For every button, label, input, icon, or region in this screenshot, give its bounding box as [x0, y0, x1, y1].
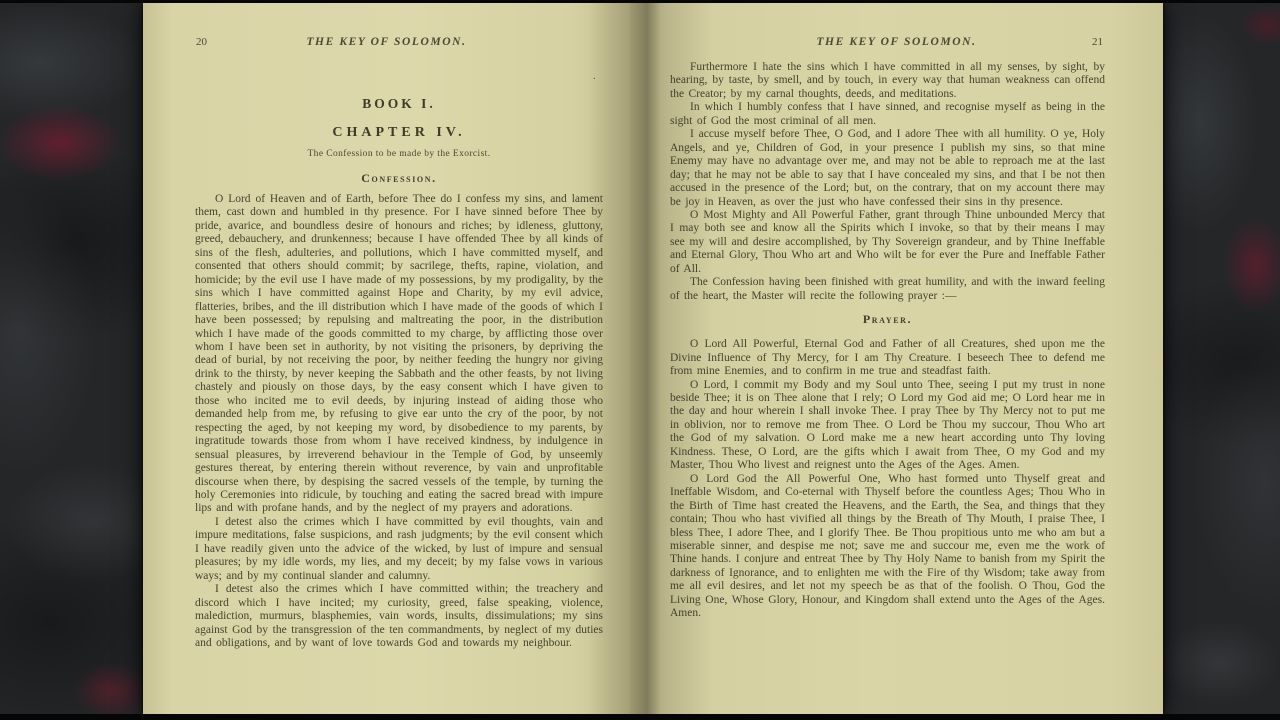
paragraph: O Most Mighty and All Powerful Father, g… — [670, 209, 1105, 276]
right-body-text: Furthermore I hate the sins which I have… — [670, 61, 1105, 303]
chapter-heading: CHAPTER IV. — [195, 125, 603, 141]
running-title-right: THE KEY OF SOLOMON. — [630, 36, 1163, 48]
chapter-subtitle: The Confession to be made by the Exorcis… — [195, 149, 603, 159]
paragraph: O Lord God the All Powerful One, Who has… — [670, 473, 1105, 621]
paragraph: The Confession having been finished with… — [670, 276, 1105, 303]
right-page-content: Furthermore I hate the sins which I have… — [670, 61, 1105, 621]
left-page-number: 20 — [196, 36, 207, 48]
letterbox-top — [0, 0, 1280, 3]
left-body-text: O Lord of Heaven and of Earth, before Th… — [195, 193, 603, 650]
video-frame: 20 THE KEY OF SOLOMON. · BOOK I. CHAPTER… — [0, 0, 1280, 720]
running-title-left: THE KEY OF SOLOMON. — [143, 36, 630, 48]
paragraph: O Lord of Heaven and of Earth, before Th… — [195, 193, 603, 516]
letterbox-bottom — [0, 714, 1280, 720]
paragraph: O Lord, I commit my Body and my Soul unt… — [670, 379, 1105, 473]
right-page-header: THE KEY OF SOLOMON. 21 — [630, 36, 1163, 50]
paragraph: I accuse myself before Thee, O God, and … — [670, 128, 1105, 209]
paragraph: O Lord All Powerful, Eternal God and Fat… — [670, 338, 1105, 378]
book-heading: BOOK I. — [195, 96, 603, 112]
left-page-header: 20 THE KEY OF SOLOMON. · — [143, 36, 630, 50]
marbled-background: 20 THE KEY OF SOLOMON. · BOOK I. CHAPTER… — [0, 3, 1280, 714]
prayer-heading: Prayer. — [670, 312, 1105, 327]
open-book: 20 THE KEY OF SOLOMON. · BOOK I. CHAPTER… — [143, 3, 1163, 714]
left-page-content: BOOK I. CHAPTER IV. The Confession to be… — [195, 96, 603, 650]
prayer-body-text: O Lord All Powerful, Eternal God and Fat… — [670, 338, 1105, 621]
paragraph: Furthermore I hate the sins which I have… — [670, 61, 1105, 101]
right-page: THE KEY OF SOLOMON. 21 Furthermore I hat… — [630, 3, 1163, 714]
paragraph: I detest also the crimes which I have co… — [195, 583, 603, 650]
paragraph: I detest also the crimes which I have co… — [195, 516, 603, 583]
paragraph: In which I humbly confess that I have si… — [670, 101, 1105, 128]
print-artifact-dot: · — [593, 74, 596, 85]
right-page-number: 21 — [1092, 36, 1103, 48]
confession-heading: Confession. — [195, 171, 603, 186]
left-page: 20 THE KEY OF SOLOMON. · BOOK I. CHAPTER… — [143, 3, 630, 714]
